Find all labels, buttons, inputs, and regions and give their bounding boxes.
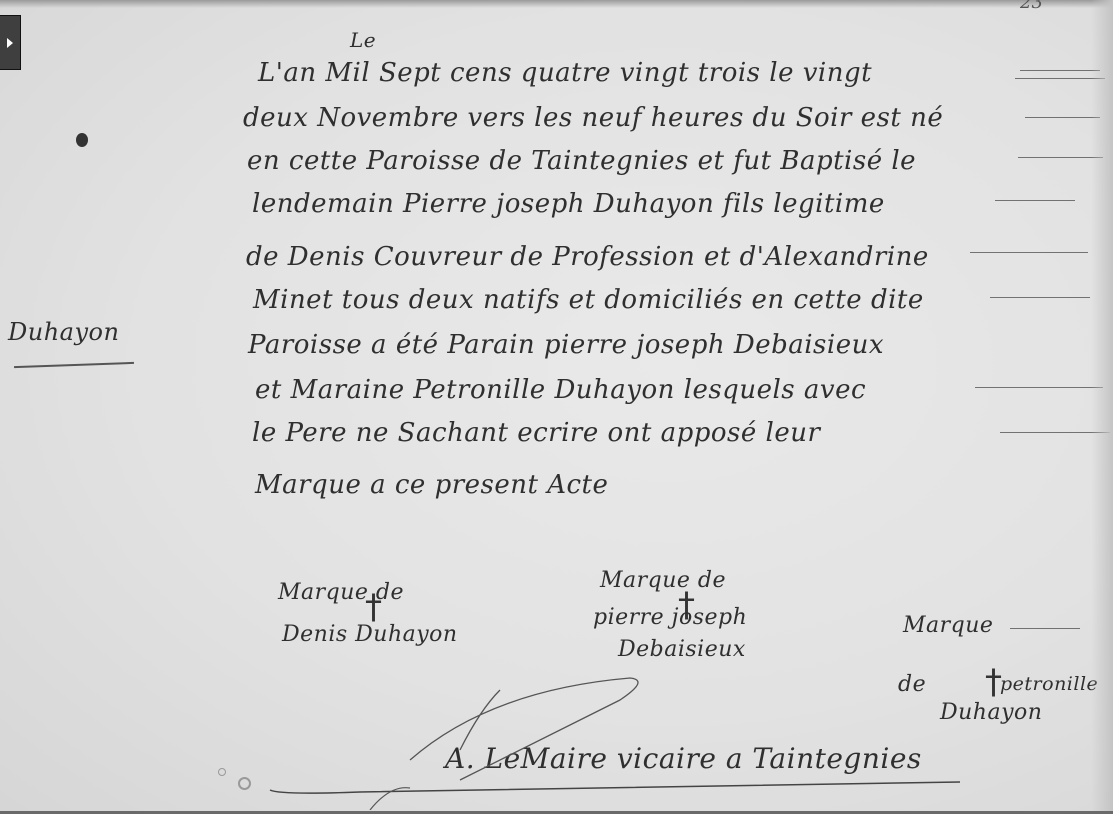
- line-filler-rule: [975, 387, 1103, 388]
- record-line-7: Paroisse a été Parain pierre joseph Deba…: [248, 330, 884, 360]
- cross-mark-icon: †: [365, 590, 382, 624]
- line-filler-rule: [990, 297, 1090, 298]
- line-filler-rule: [1025, 117, 1100, 118]
- side-panel-toggle-button[interactable]: [0, 15, 21, 70]
- margin-name: Duhayon: [8, 318, 119, 346]
- signature-pierre-surname: Debaisieux: [618, 637, 746, 662]
- paper-speck: [218, 768, 226, 776]
- line-filler-rule: [1010, 628, 1080, 629]
- signature-petronille-label: Marque: [903, 613, 993, 638]
- record-line-9: le Pere ne Sachant ecrire ont apposé leu…: [252, 418, 820, 448]
- line-superscript: Le: [350, 28, 376, 52]
- line-filler-rule: [995, 200, 1075, 201]
- line-filler-rule: [970, 252, 1088, 253]
- line-filler-rule: [1018, 157, 1103, 158]
- image-viewer: 23 Duhayon Le L'an Mil Sept cens quatre …: [0, 0, 1113, 814]
- page-number: 23: [1020, 0, 1043, 13]
- record-line-10: Marque a ce present Acte: [255, 470, 608, 500]
- line-filler-rule: [1020, 70, 1100, 71]
- record-line-2: deux Novembre vers les neuf heures du So…: [243, 103, 943, 133]
- signature-flourish: [260, 670, 980, 810]
- signature-pierre-name: pierre joseph: [593, 605, 747, 630]
- document-scan[interactable]: 23 Duhayon Le L'an Mil Sept cens quatre …: [0, 0, 1113, 811]
- signature-denis-name: Denis Duhayon: [282, 622, 458, 647]
- line-filler-rule: [1000, 432, 1110, 433]
- signature-pierre-label: Marque de: [600, 568, 726, 593]
- record-line-1: L'an Mil Sept cens quatre vingt trois le…: [258, 58, 872, 88]
- signature-petronille-name: petronille: [1000, 673, 1098, 695]
- play-triangle-right-icon: [6, 38, 14, 48]
- signature-denis-label: Marque de: [278, 580, 404, 605]
- record-line-5: de Denis Couvreur de Profession et d'Ale…: [246, 242, 929, 272]
- record-line-6: Minet tous deux natifs et domiciliés en …: [253, 285, 924, 315]
- record-line-3: en cette Paroisse de Taintegnies et fut …: [247, 146, 916, 176]
- line-filler-rule: [1015, 78, 1105, 79]
- margin-underline: [14, 362, 134, 368]
- ink-stain: [76, 133, 88, 147]
- record-line-8: et Maraine Petronille Duhayon lesquels a…: [255, 375, 866, 405]
- paper-speck: [238, 777, 251, 790]
- record-line-4: lendemain Pierre joseph Duhayon fils leg…: [252, 189, 885, 219]
